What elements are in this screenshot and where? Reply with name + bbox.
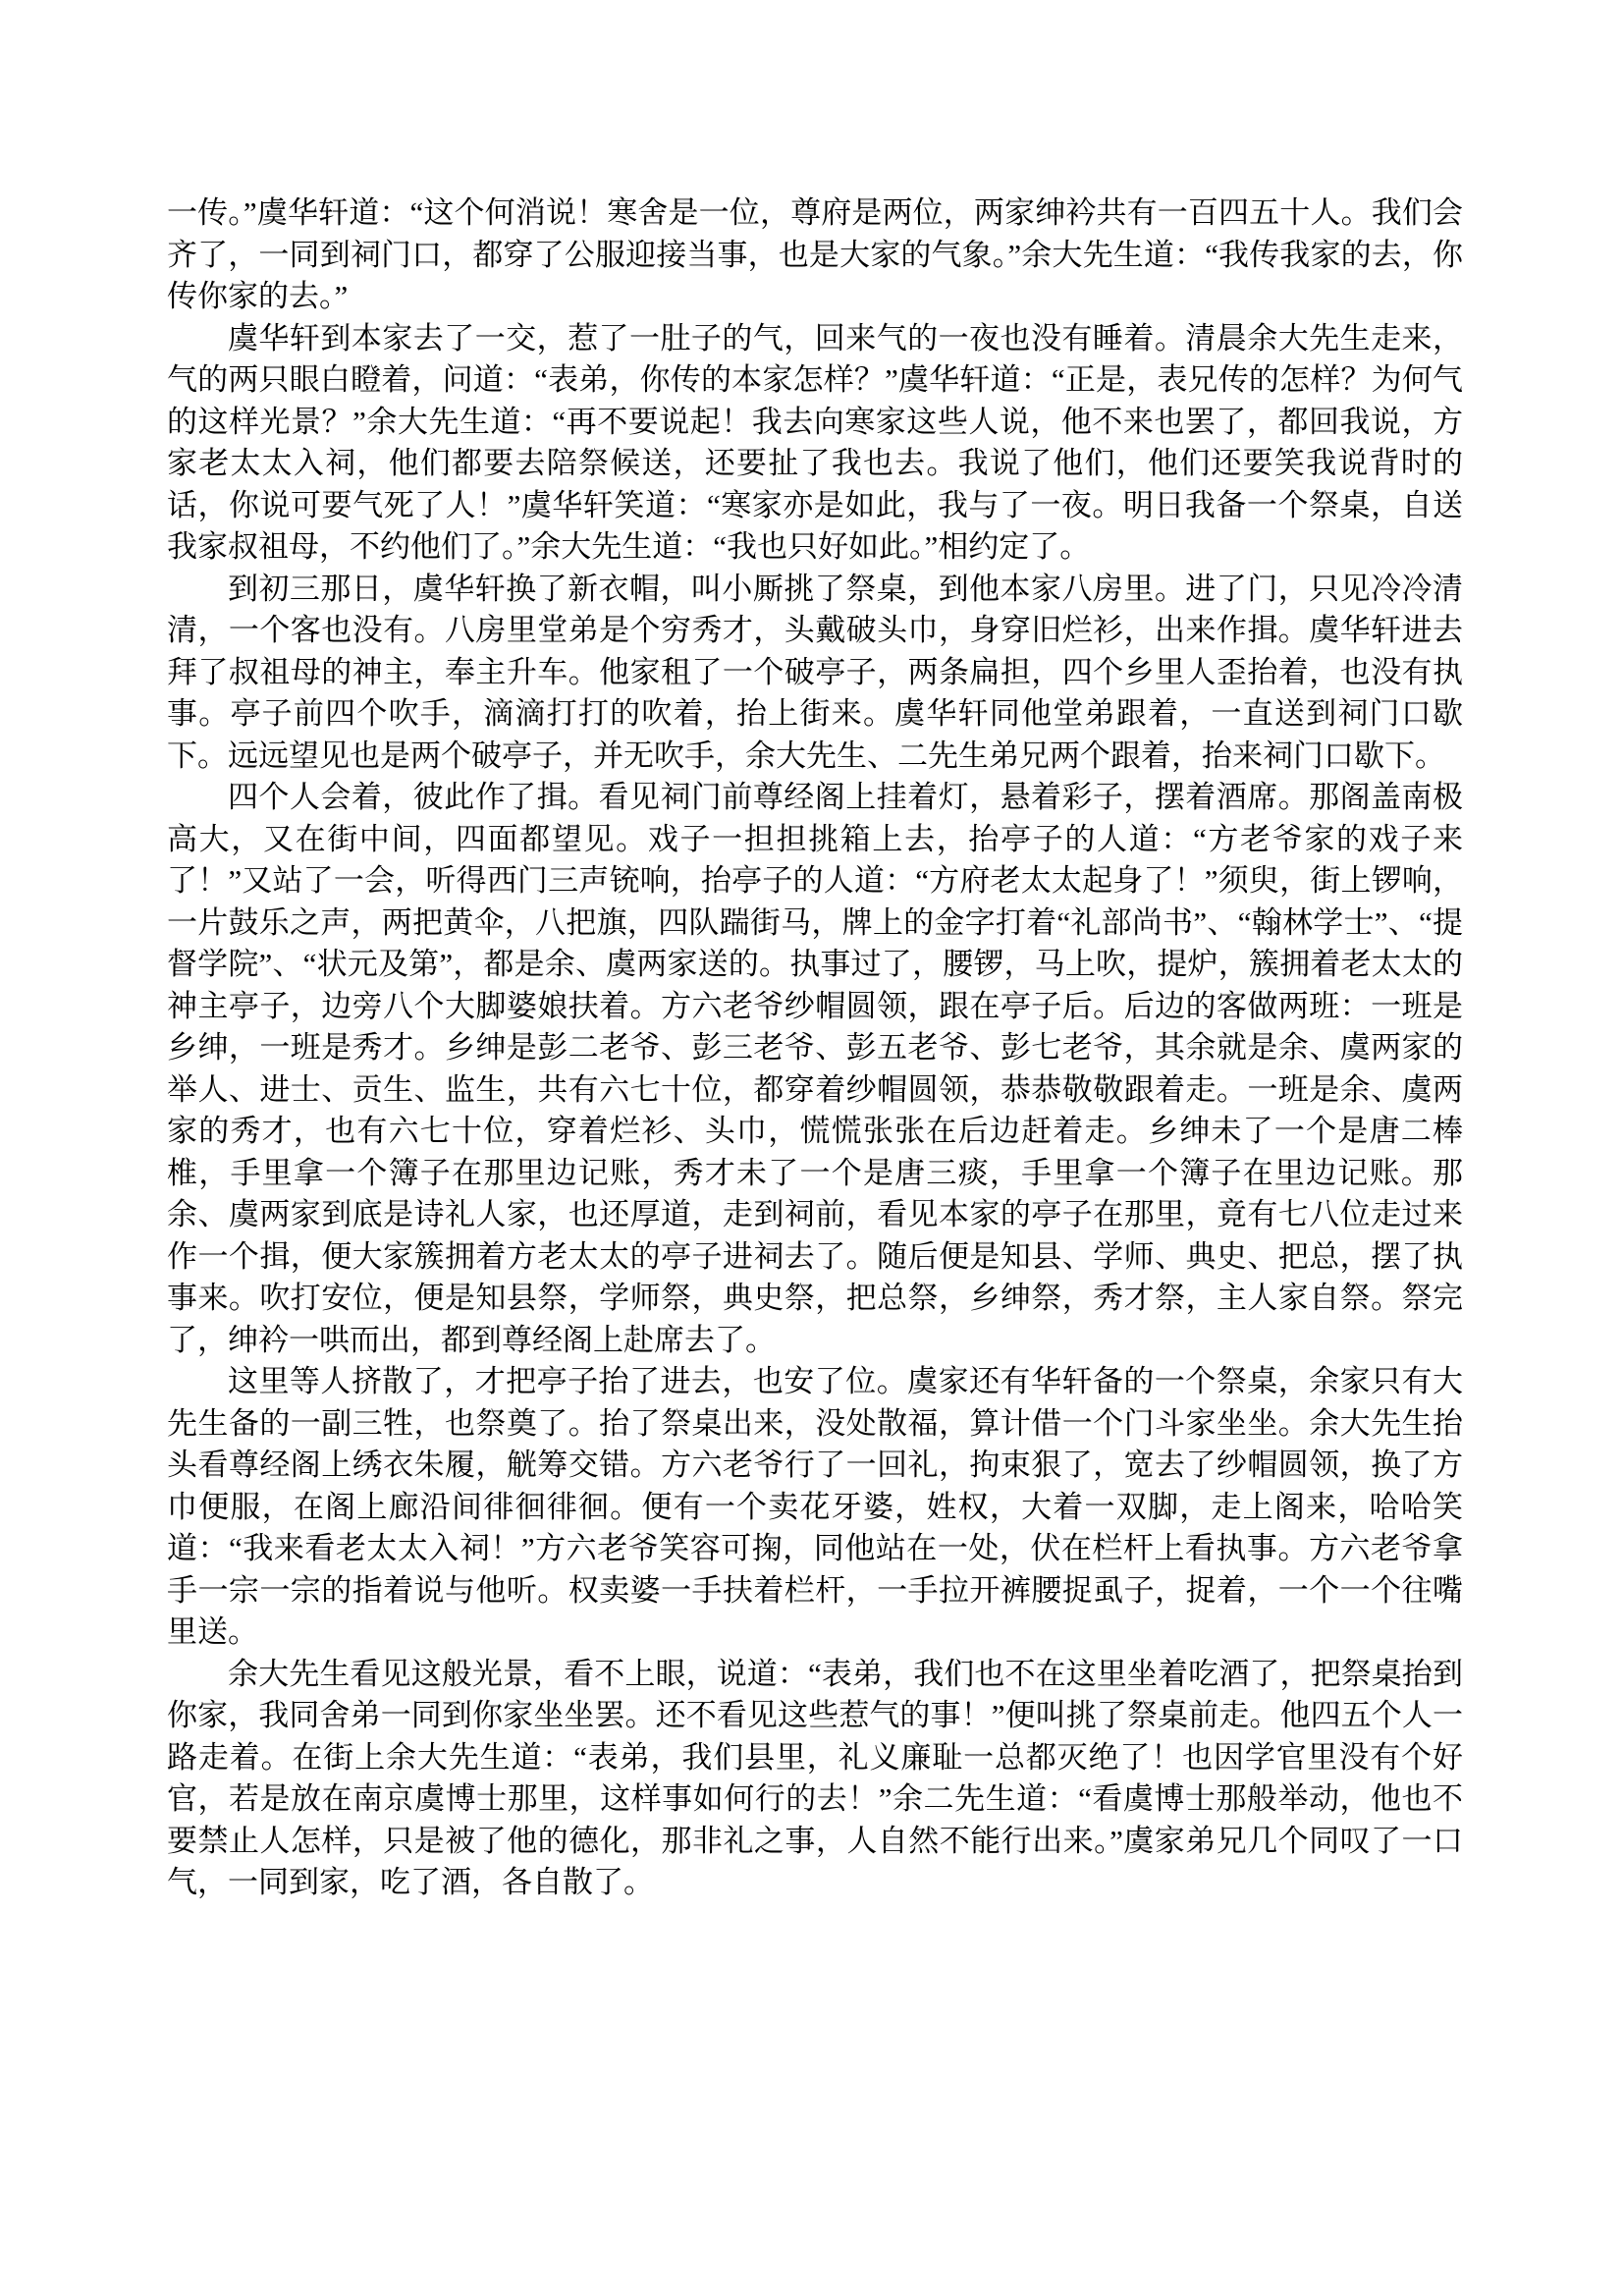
- paragraph: 到初三那日，虞华轩换了新衣帽，叫小厮挑了祭桌，到他本家八房里。进了门，只见冷冷清…: [167, 569, 1463, 778]
- paragraph: 余大先生看见这般光景，看不上眼，说道：“表弟，我们也不在这里坐着吃酒了，把祭桌抬…: [167, 1654, 1463, 1904]
- paragraph: 虞华轩到本家去了一交，惹了一肚子的气，回来气的一夜也没有睡着。清晨余大先生走来，…: [167, 318, 1463, 569]
- paragraph: 四个人会着，彼此作了揖。看见祠门前尊经阁上挂着灯，悬着彩子，摆着酒席。那阁盖南极…: [167, 777, 1463, 1361]
- document-page: 一传。”虞华轩道：“这个何消说！寒舍是一位，尊府是两位，两家绅衿共有一百四五十人…: [0, 0, 1623, 2296]
- text-block: 一传。”虞华轩道：“这个何消说！寒舍是一位，尊府是两位，两家绅衿共有一百四五十人…: [167, 192, 1463, 1904]
- paragraph: 这里等人挤散了，才把亭子抬了进去，也安了位。虞家还有华轩备的一个祭桌，余家只有大…: [167, 1361, 1463, 1654]
- paragraph: 一传。”虞华轩道：“这个何消说！寒舍是一位，尊府是两位，两家绅衿共有一百四五十人…: [167, 192, 1463, 318]
